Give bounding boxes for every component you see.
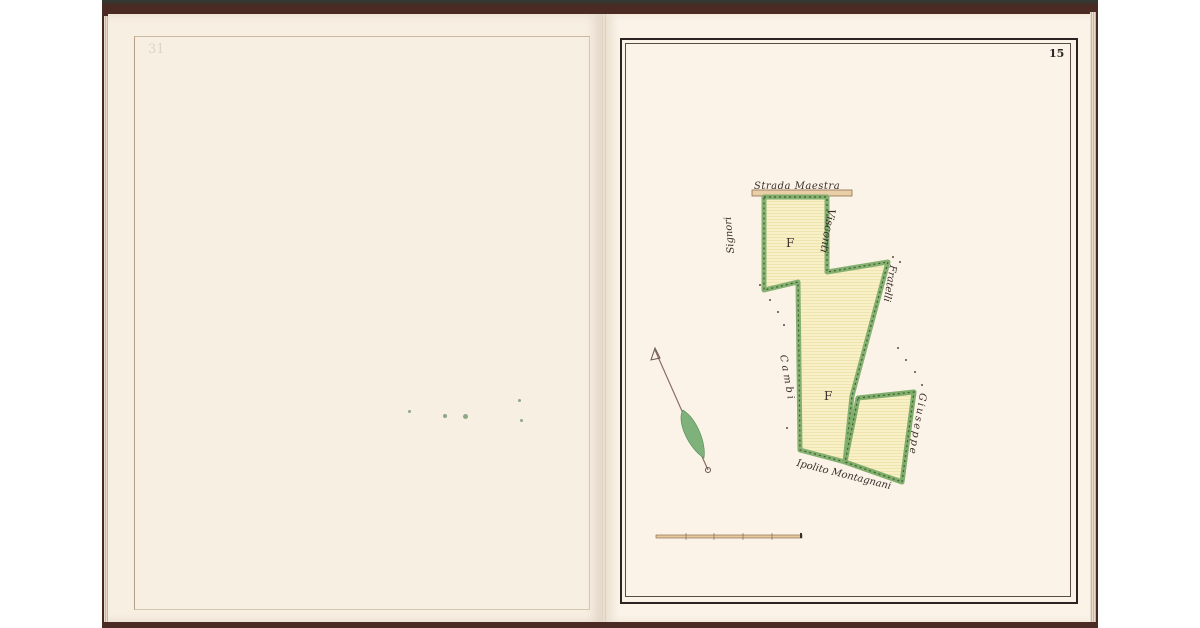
cover-top-edge [102, 0, 1098, 6]
speck [520, 419, 523, 422]
parcel-label-north: F [786, 236, 794, 250]
parcel-label-south: F [824, 389, 832, 403]
right-page: 15 [606, 14, 1092, 622]
north-arrow-icon [651, 348, 711, 473]
cadastral-map [606, 14, 1092, 622]
speck [443, 414, 447, 418]
road-label: Strada Maestra [754, 181, 840, 192]
parcel-southeast [845, 392, 914, 482]
left-page-frame [134, 36, 590, 610]
right-page-edges [1090, 12, 1096, 622]
left-page: 31 [108, 14, 602, 622]
speck [518, 399, 521, 402]
scale-bar [656, 533, 802, 540]
speck [408, 410, 411, 413]
ghost-page-number: 31 [148, 42, 165, 57]
speck [463, 414, 468, 419]
